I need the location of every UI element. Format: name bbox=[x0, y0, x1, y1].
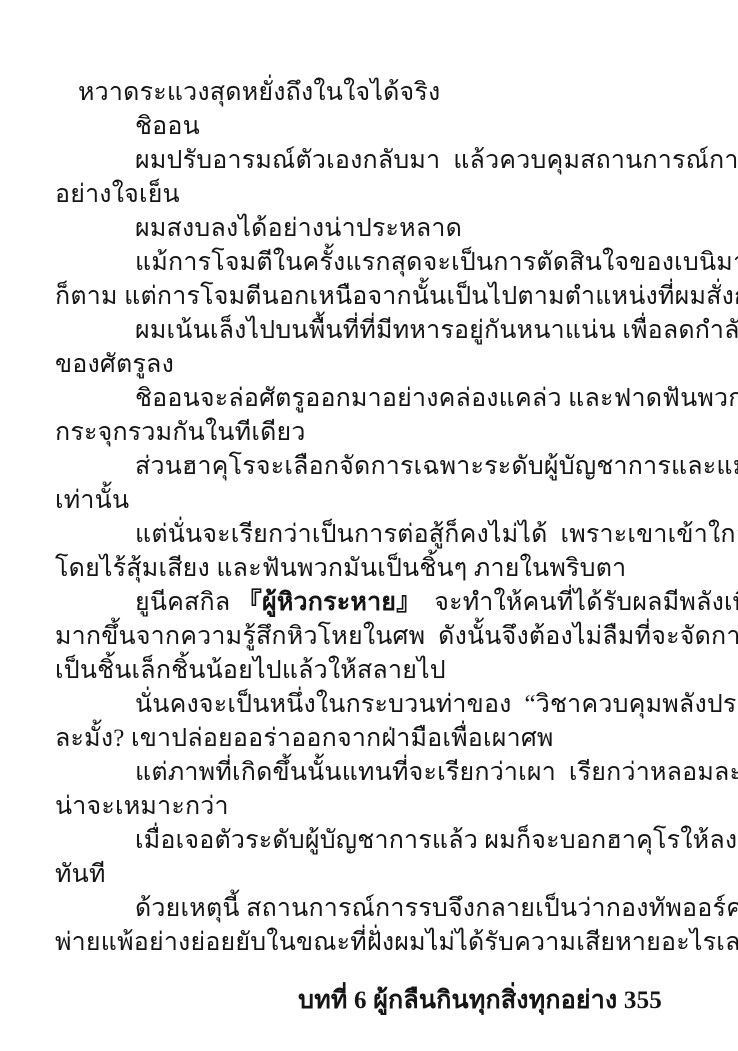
text-line: น่าจะเหมาะกว่า bbox=[55, 790, 662, 824]
text-line: ชิออน bbox=[55, 110, 662, 144]
text-line: ผมสงบลงได้อย่างน่าประหลาด bbox=[55, 212, 662, 246]
text-line: พ่ายแพ้อย่างย่อยยับในขณะที่ฝั่งผมไม่ได้ร… bbox=[55, 926, 662, 960]
text-line: ด้วยเหตุนี้ สถานการณ์การรบจึงกลายเป็นว่า… bbox=[55, 892, 662, 926]
line-text: จะทำให้คนที่ได้รับผลมีพลังเพิ่ม bbox=[421, 589, 738, 616]
text-line: หวาดระแวงสุดหยั่งถึงในใจได้จริง bbox=[55, 76, 662, 110]
body-text: หวาดระแวงสุดหยั่งถึงในใจได้จริง ชิออน ผม… bbox=[55, 76, 662, 960]
chapter-label: บทที่ 6 bbox=[298, 987, 367, 1014]
text-line: ยูนีคสกิล 『ผู้หิวกระหาย』 จะทำให้คนที่ได้… bbox=[55, 586, 662, 620]
text-line: ผมปรับอารมณ์ตัวเองกลับมา แล้วควบคุมสถานก… bbox=[55, 144, 662, 178]
book-page: หวาดระแวงสุดหยั่งถึงในใจได้จริง ชิออน ผม… bbox=[0, 0, 738, 1051]
text-line: อย่างใจเย็น bbox=[55, 178, 662, 212]
text-line: เป็นชิ้นเล็กชิ้นน้อยไปแล้วให้สลายไป bbox=[55, 654, 662, 688]
text-line: แต่นั่นจะเรียกว่าเป็นการต่อสู้ก็คงไม่ได้… bbox=[55, 518, 662, 552]
text-line: นั่นคงจะเป็นหนึ่งในกระบวนท่าของ “วิชาควบ… bbox=[55, 688, 662, 722]
text-line: ทันที bbox=[55, 858, 662, 892]
page-number: 355 bbox=[624, 987, 662, 1014]
text-line: เท่านั้น bbox=[55, 484, 662, 518]
text-line: กระจุกรวมกันในทีเดียว bbox=[55, 416, 662, 450]
chapter-title: ผู้กลืนกินทุกสิ่งทุกอย่าง bbox=[373, 987, 617, 1014]
text-line: ละมั้ง? เขาปล่อยออร่าออกจากฝ่ามือเพื่อเผ… bbox=[55, 722, 662, 756]
text-line: เมื่อเจอตัวระดับผู้บัญชาการแล้ว ผมก็จะบอ… bbox=[55, 824, 662, 858]
unique-skill-name: 『ผู้หิวกระหาย』 bbox=[237, 589, 422, 616]
text-line: ส่วนฮาคุโรจะเลือกจัดการเฉพาะระดับผู้บัญช… bbox=[55, 450, 662, 484]
text-line: ของศัตรูลง bbox=[55, 348, 662, 382]
text-line: แม้การโจมตีในครั้งแรกสุดจะเป็นการตัดสินใ… bbox=[55, 246, 662, 280]
text-line: โดยไร้สุ้มเสียง และฟันพวกมันเป็นชิ้นๆ ภา… bbox=[55, 552, 662, 586]
page-footer: บทที่ 6 ผู้กลืนกินทุกสิ่งทุกอย่าง 355 bbox=[55, 984, 662, 1018]
text-line: ผมเน้นเล็งไปบนพื้นที่ที่มีทหารอยู่กันหนา… bbox=[55, 314, 662, 348]
text-line: ชิออนจะล่อศัตรูออกมาอย่างคล่องแคล่ว และฟ… bbox=[55, 382, 662, 416]
text-line: มากขึ้นจากความรู้สึกหิวโหยในศพ ดังนั้นจึ… bbox=[55, 620, 662, 654]
text-line: ก็ตาม แต่การโจมตีนอกเหนือจากนั้นเป็นไปตา… bbox=[55, 280, 662, 314]
line-text: ยูนีคสกิล bbox=[135, 589, 237, 616]
text-line: แต่ภาพที่เกิดขึ้นนั้นแทนที่จะเรียกว่าเผา… bbox=[55, 756, 662, 790]
